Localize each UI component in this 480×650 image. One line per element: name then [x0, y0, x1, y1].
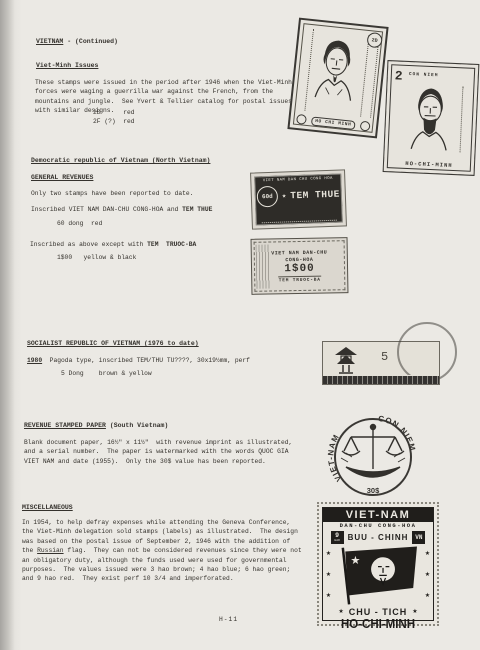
geneva-subtitle: DAN-CHU CONG-HOA	[323, 522, 433, 530]
geneva-star-column-right: ★ ★ ★	[422, 544, 433, 607]
stamp-2con-numeral: 2	[394, 68, 402, 83]
seal-arc-right-text: CON NIEM	[378, 414, 418, 452]
stamp-2d-corner-circle-right	[360, 121, 371, 132]
page-title-rest: - (Continued)	[63, 38, 118, 45]
geneva-star-column-left: ★ ★ ★	[323, 544, 334, 607]
geneva-denom-row: 9 HAO BUU - CHINH VN	[323, 531, 433, 544]
stamp-tem-thue-country-text: VIET NAM DAN CHU CONG HOA	[263, 177, 333, 183]
star-icon: ★	[326, 593, 331, 599]
stamp-2con-top-text: CON NIEM	[409, 72, 439, 78]
stamp-tem-thue-label: TEM THUE	[290, 189, 340, 202]
geneva-postal-text: BUU - CHINH	[348, 532, 409, 544]
scales-of-justice-icon	[341, 425, 405, 478]
inscribed-truoc-ba-bold: TEM TRUOC-BA	[147, 241, 196, 248]
page-title-main: VIETNAM	[36, 38, 63, 45]
stamp-tem-thue-60d: VIET NAM DAN CHU CONG HOA 60d ★ TEM THUE	[250, 169, 347, 229]
stamp-ho-chi-minh-2con: 2 CON NIEM HO-CHI-MINH	[383, 60, 480, 176]
star-icon: ★	[425, 551, 430, 557]
inscribed-tem-thue-line: Inscribed VIET NAM DAN-CHU CONG-HOA and …	[31, 205, 212, 214]
svg-text:★: ★	[350, 554, 360, 567]
geneva-chu-tich-text: CHU - TICH	[349, 607, 408, 617]
seal-denomination: 30$	[367, 486, 380, 495]
stamp-2con-side-ornament	[460, 86, 471, 152]
geneva-denomination-box: 9 HAO	[331, 531, 344, 544]
geneva-flag-region: ★ ★ ★ ★ ★ ★ ★	[323, 544, 433, 607]
stamp-truoc-ba-line1: VIET NAM DAN-CHU	[271, 249, 327, 256]
flag-with-portrait-icon: ★	[334, 544, 422, 607]
geneva-hcm-text: HO-CHI-MINH	[327, 617, 428, 631]
stamp-ho-chi-minh-2d: 2D HO CHI MINH	[287, 18, 388, 139]
misc-para-after: flag. They can not be considered revenue…	[22, 547, 302, 582]
revenue-paper-paragraph: Blank document paper, 16½" x 11½" with r…	[24, 438, 292, 466]
page-number: H-11	[219, 615, 238, 624]
stamp-truoc-ba-engraving-texture	[256, 245, 271, 289]
stamp-truoc-ba-label: TEM TRUOC-BA	[279, 275, 321, 283]
star-icon: ★	[326, 572, 331, 578]
value-1-dollar: 1$00 yellow & black	[57, 253, 136, 262]
socialist-year: 1980	[27, 357, 42, 364]
inscribed-truoc-ba-line: Inscribed as above except with TEM TRUOC…	[30, 240, 196, 249]
socialist-entry-line: 1980 Pagoda type, inscribed TEM/THU TU??…	[27, 356, 250, 365]
scanned-catalog-page: VIETNAM - (Continued) Viet-Minh Issues T…	[0, 0, 480, 650]
star-icon: ★	[412, 608, 417, 615]
ho-chi-minh-bearded-portrait-icon	[405, 84, 456, 152]
general-revenues-intro: Only two stamps have been reported to da…	[31, 189, 194, 198]
cancellation-mark-icon	[397, 322, 457, 382]
stamp-truoc-ba-line2: CONG-HOA	[285, 256, 313, 262]
geneva-title: VIET-NAM	[323, 508, 433, 522]
miscellaneous-heading: MISCELLANEOUS	[22, 503, 73, 512]
stamp-pagoda-1980: 5	[322, 341, 440, 385]
stamp-geneva-label: VIET-NAM DAN-CHU CONG-HOA 9 HAO BUU - CH…	[317, 502, 439, 626]
inscribed-tem-thue-bold: TEM THUE	[182, 206, 212, 213]
geneva-denom-unit: HAO	[334, 539, 339, 543]
stamp-tem-truoc-ba: VIET NAM DAN-CHU CONG-HOA 1$00 TEM TRUOC…	[251, 237, 349, 295]
value-60-dong: 60 dong red	[57, 219, 102, 228]
socialist-republic-heading: SOCIALIST REPUBLIC OF VIETNAM (1976 to d…	[27, 339, 199, 348]
star-icon: ★	[338, 608, 343, 615]
stamp-2d-corner-circle-left	[296, 114, 307, 125]
geneva-monogram-box: VN	[412, 531, 425, 544]
revenue-paper-heading: REVENUE STAMPED PAPER	[24, 422, 106, 429]
geneva-chu-tich-row: ★ CHU - TICH ★	[323, 607, 433, 617]
viet-minh-paragraph: These stamps were issued in the period a…	[35, 78, 292, 116]
ho-chi-minh-portrait-icon	[310, 36, 362, 102]
general-revenues-heading: GENERAL REVENUES	[31, 173, 93, 182]
inscribed-tem-thue-prefix: Inscribed VIET NAM DAN-CHU CONG-HOA and	[31, 206, 182, 213]
svg-text:CON NIEM: CON NIEM	[378, 414, 418, 452]
misc-para-russian: Russian	[37, 547, 63, 554]
stamp-tem-thue-panel: VIET NAM DAN CHU CONG HOA 60d ★ TEM THUE	[254, 173, 343, 225]
stamp-tem-thue-denomination-circle: 60d	[256, 186, 278, 208]
stamp-2con-name-label: HO-CHI-MINH	[384, 159, 474, 170]
star-icon: ★	[282, 193, 287, 199]
star-icon: ★	[326, 551, 331, 557]
socialist-entry: Pagoda type, inscribed TEM/THU TU????, 3…	[42, 357, 250, 364]
viet-minh-values: 2D red 2F (?) red	[93, 108, 135, 127]
viet-minh-heading: Viet-Minh Issues	[36, 61, 98, 70]
seal-arc-left-text: VIET-NAM	[326, 433, 343, 484]
stamp-truoc-ba-denomination: 1$00	[284, 263, 315, 275]
revenue-paper-heading-suffix: (South Vietnam)	[106, 422, 168, 429]
revenue-paper-heading-line: REVENUE STAMPED PAPER (South Vietnam)	[24, 421, 168, 430]
stamp-tem-thue-main-row: 60d ★ TEM THUE	[256, 184, 340, 208]
inscribed-truoc-ba-prefix: Inscribed as above except with	[30, 241, 147, 248]
stamp-pagoda-bottom-inscription-bar	[323, 375, 439, 384]
revenue-seal-icon: VIET-NAM CON NIEM 30$	[318, 405, 428, 510]
stamp-pagoda-denomination: 5	[381, 350, 388, 364]
stamp-tem-thue-bottom-rule	[262, 220, 337, 224]
miscellaneous-paragraph: In 1954, to help defray expenses while a…	[22, 518, 302, 584]
page-title: VIETNAM - (Continued)	[36, 37, 118, 46]
north-vietnam-heading: Democratic republic of Vietnam (North Vi…	[31, 156, 210, 165]
star-icon: ★	[425, 593, 430, 599]
pagoda-icon	[331, 346, 361, 376]
geneva-inner-frame: VIET-NAM DAN-CHU CONG-HOA 9 HAO BUU - CH…	[322, 507, 434, 621]
star-icon: ★	[425, 572, 430, 578]
value-5-dong: 5 Dong brown & yellow	[61, 369, 152, 378]
svg-text:VIET-NAM: VIET-NAM	[326, 433, 343, 484]
